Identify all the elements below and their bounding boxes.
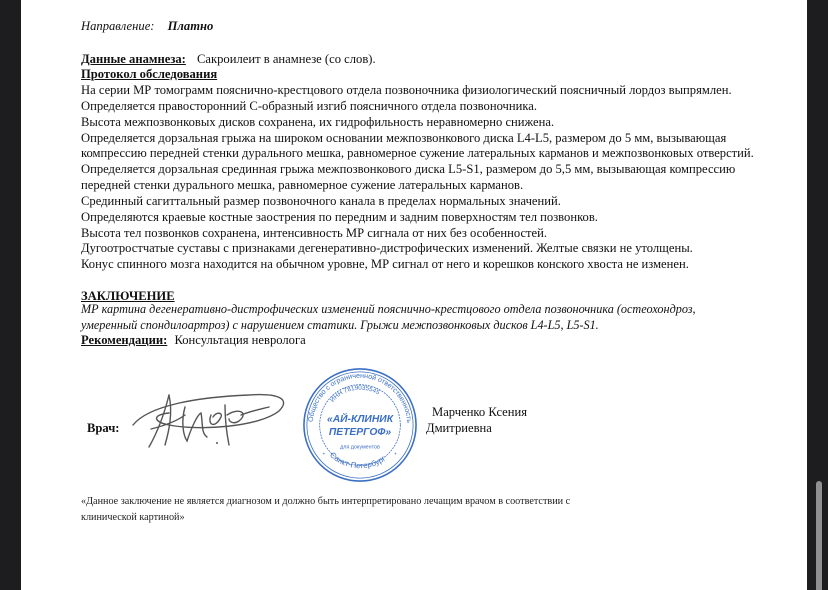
conclusion-line: МР картина дегенеративно-дистрофических … [81, 302, 781, 318]
disclaimer: «Данное заключение не является диагнозом… [81, 494, 570, 526]
svg-text:*: * [394, 452, 397, 458]
clinic-stamp: Общество с ограниченной ответственностью… [301, 366, 419, 484]
protocol-text: На серии МР томограмм пояснично-крестцов… [81, 83, 781, 273]
direction-row: Направление: Платно [81, 19, 213, 34]
anamnesis-row: Данные анамнеза: Сакроилеит в анамнезе (… [81, 52, 376, 67]
protocol-line: Определяются краевые костные заострения … [81, 210, 781, 226]
conclusion-line: умеренный спондилоартроз) с нарушением с… [81, 318, 781, 334]
direction-label: Направление: [81, 19, 154, 33]
doctor-name-line1: Марченко Ксения [432, 405, 527, 420]
anamnesis-value: Сакроилеит в анамнезе (со слов). [197, 52, 376, 66]
svg-text:Санкт-Петербург: Санкт-Петербург [328, 450, 387, 470]
recommendations-value: Консультация невролога [174, 333, 305, 347]
recommendations-row: Рекомендации: Консультация невролога [81, 333, 306, 348]
protocol-line: Высота тел позвонков сохранена, интенсив… [81, 226, 781, 242]
anamnesis-label: Данные анамнеза: [81, 52, 186, 66]
svg-text:для документов: для документов [340, 445, 380, 451]
protocol-line: На серии МР томограмм пояснично-крестцов… [81, 83, 781, 99]
signature-image [129, 385, 289, 455]
protocol-line: Конус спинного мозга находится на обычно… [81, 257, 781, 273]
doctor-name-line2: Дмитриевна [426, 421, 492, 436]
scrollbar-thumb[interactable] [816, 481, 822, 590]
svg-text:«АЙ-КЛИНИК: «АЙ-КЛИНИК [327, 412, 394, 425]
doctor-label: Врач: [87, 421, 120, 436]
disclaimer-line: «Данное заключение не является диагнозом… [81, 494, 570, 510]
recommendations-label: Рекомендации: [81, 333, 167, 347]
conclusion-text: МР картина дегенеративно-дистрофических … [81, 302, 781, 333]
protocol-line: компрессию передней стенки дурального ме… [81, 146, 781, 162]
direction-value: Платно [168, 19, 214, 33]
protocol-line: Высота межпозвонковых дисков сохранена, … [81, 115, 781, 131]
protocol-line: Определяется правосторонний С-образный и… [81, 99, 781, 115]
disclaimer-line: клинической картиной» [81, 510, 570, 526]
svg-text:ПЕТЕРГОФ»: ПЕТЕРГОФ» [329, 427, 392, 438]
svg-text:*: * [323, 452, 326, 458]
protocol-line: Определяется дорзальная грыжа на широком… [81, 131, 781, 147]
document-page: Направление: Платно Данные анамнеза: Сак… [21, 0, 807, 590]
protocol-line: Срединный сагиттальный размер позвоночно… [81, 194, 781, 210]
svg-text:ИНН 7819035545: ИНН 7819035545 [329, 385, 381, 404]
protocol-line: передней стенки дурального мешка, равном… [81, 178, 781, 194]
clipped-previous-line [81, 0, 84, 6]
protocol-line: Определяется дорзальная срединная грыжа … [81, 162, 781, 178]
protocol-title: Протокол обследования [81, 67, 217, 82]
protocol-line: Дугоотростчатые суставы с признаками дег… [81, 241, 781, 257]
